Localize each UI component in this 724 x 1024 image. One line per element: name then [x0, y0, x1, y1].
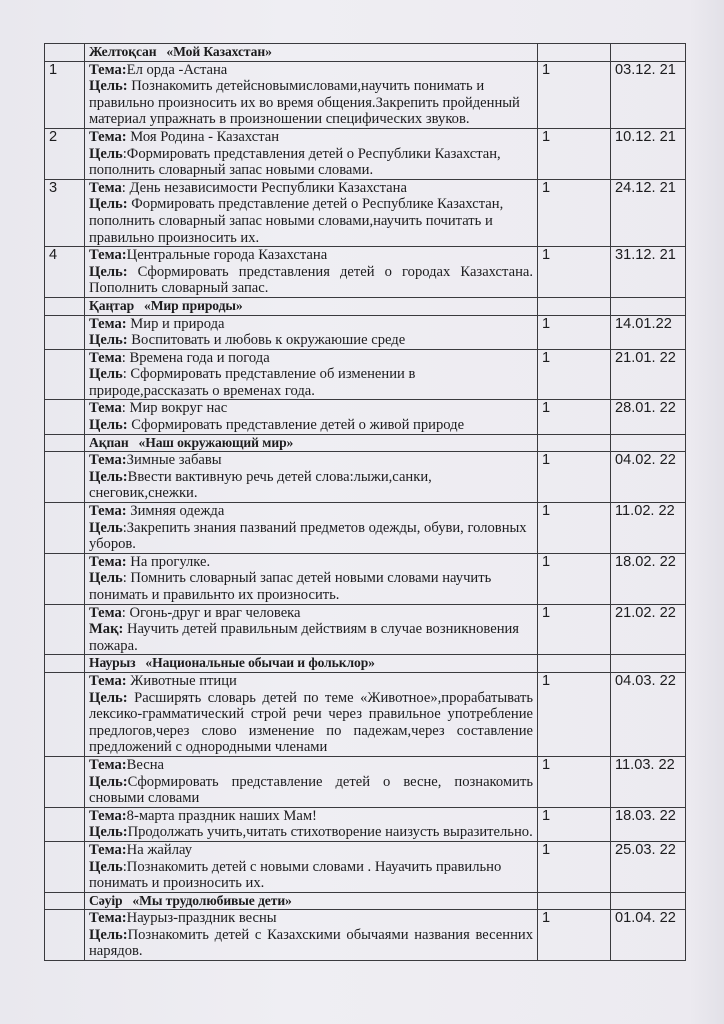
goal-label: Цель:	[89, 824, 128, 840]
section-date-cell	[611, 434, 686, 452]
section-num-cell	[45, 655, 85, 673]
goal-text: понимать и правильнто их произносить.	[89, 587, 339, 603]
section-month: Желтоқсан	[89, 44, 156, 59]
lesson-date: 10.12. 21	[611, 128, 686, 179]
lesson-hours: 1	[538, 910, 611, 961]
goal-text: предложений с однородными членами	[89, 739, 327, 755]
lesson-content: Тема: День независимости Республики Каза…	[85, 179, 538, 246]
lesson-topic-line: Тема:На жайлау	[89, 842, 533, 859]
lesson-topic-line: Тема: Моя Родина - Казахстан	[89, 129, 533, 146]
topic-text: Животные птици	[127, 673, 237, 689]
goal-text: :Познакомить детей с новыми словами . На…	[123, 859, 502, 875]
goal-label: Цель	[89, 859, 123, 875]
lesson-content: Тема: Огонь-друг и враг человекаМақ: Нау…	[85, 604, 538, 655]
lesson-row: Тема: Огонь-друг и враг человекаМақ: Нау…	[45, 604, 686, 655]
goal-text: снеговик,снежки.	[89, 485, 198, 501]
lesson-row: Тема: Зимняя одеждаЦель:Закрепить знания…	[45, 503, 686, 554]
section-num-cell	[45, 434, 85, 452]
lesson-topic-line: Тема:Центральные города Казахстана	[89, 247, 533, 264]
lesson-topic-line: Тема: Зимняя одежда	[89, 503, 533, 520]
topic-text: Зимняя одежда	[127, 503, 225, 519]
section-theme: «Национальные обычаи и фольклор»	[145, 655, 374, 670]
lesson-hours: 1	[538, 553, 611, 604]
goal-label: Цель:	[89, 927, 128, 943]
goal-text: Сформировать представление детей о живой…	[128, 417, 464, 433]
section-hours-cell	[538, 297, 611, 315]
lesson-goal: Цель:Продолжать учить,читать стихотворен…	[89, 824, 533, 840]
topic-label: Тема:	[89, 247, 127, 263]
goal-text: Сформировать представление детей о весне…	[128, 774, 533, 790]
lesson-topic-line: Тема:Весна	[89, 757, 533, 774]
section-title-cell: Сәуір «Мы трудолюбивые дети»	[85, 892, 538, 910]
lesson-row: Тема: Мир и природаЦель: Воспитовать и л…	[45, 315, 686, 349]
lesson-row: Тема:Зимные забавыЦель:Ввести вактивную …	[45, 452, 686, 503]
spacer	[134, 298, 144, 313]
topic-text: Ел орда -Астана	[127, 62, 228, 78]
goal-text: выразительно.	[443, 824, 533, 840]
lesson-row: Тема:8-марта праздник наших Мам!Цель:Про…	[45, 807, 686, 841]
lesson-date: 11.03. 22	[611, 756, 686, 807]
goal-label: Цель:	[89, 264, 128, 280]
topic-label: Тема:	[89, 129, 127, 145]
section-num-cell	[45, 44, 85, 62]
lesson-hours: 1	[538, 247, 611, 298]
goal-text: пожара.	[89, 638, 138, 654]
goal-label: Цель:	[89, 469, 128, 485]
goal-text: Продолжать учить,читать стихотворение на…	[128, 824, 440, 840]
goal-text: Пополнить словарный запас.	[89, 280, 268, 296]
topic-label: Тема:	[89, 910, 127, 926]
section-num-cell	[45, 892, 85, 910]
goal-text: :Формировать представления детей о Респу…	[123, 146, 501, 162]
lesson-goal: Цель: Формировать представление детей о …	[89, 196, 503, 245]
goal-text: Познакомить детей с Казахскими обычаями …	[128, 927, 533, 943]
lesson-date: 28.01. 22	[611, 400, 686, 434]
lesson-number	[45, 604, 85, 655]
goal-label: Цель:	[89, 417, 128, 433]
topic-text: На прогулке.	[127, 554, 211, 570]
lesson-number	[45, 910, 85, 961]
lesson-hours: 1	[538, 807, 611, 841]
lesson-goal: Цель: Помнить словарный запас детей новы…	[89, 570, 491, 603]
section-theme: «Мой Казахстан»	[166, 44, 271, 59]
topic-text: : Мир вокруг нас	[122, 400, 227, 416]
goal-label: Цель	[89, 366, 123, 382]
section-theme: «Мы трудолюбивые дети»	[132, 893, 291, 908]
section-title-cell: Наурыз «Национальные обычаи и фольклор»	[85, 655, 538, 673]
section-hours-cell	[538, 892, 611, 910]
lesson-topic-line: Тема: Огонь-друг и враг человека	[89, 605, 533, 622]
lesson-number: 1	[45, 61, 85, 128]
lesson-topic-line: Тема:Ел орда -Астана	[89, 62, 533, 79]
goal-text: Сформировать представления детей о город…	[128, 264, 533, 280]
goal-text: : Помнить словарный запас детей новыми с…	[123, 570, 492, 586]
topic-label: Тема:	[89, 842, 127, 858]
lesson-number: 3	[45, 179, 85, 246]
section-header-row: Сәуір «Мы трудолюбивые дети»	[45, 892, 686, 910]
lesson-number	[45, 841, 85, 892]
lesson-date: 21.02. 22	[611, 604, 686, 655]
section-title-cell: Ақпан «Наш окружающий мир»	[85, 434, 538, 452]
section-date-cell	[611, 297, 686, 315]
lesson-number	[45, 349, 85, 400]
lesson-goal: Цель:Закрепить знания пазваний предметов…	[89, 520, 527, 553]
lesson-row: Тема:На жайлауЦель:Познакомить детей с н…	[45, 841, 686, 892]
lesson-hours: 1	[538, 179, 611, 246]
lesson-row: 3Тема: День независимости Республики Каз…	[45, 179, 686, 246]
section-theme: «Мир природы»	[144, 298, 243, 313]
topic-text: Центральные города Казахстана	[127, 247, 328, 263]
lesson-hours: 1	[538, 400, 611, 434]
topic-text: Весна	[127, 757, 164, 773]
lesson-date: 14.01.22	[611, 315, 686, 349]
topic-label: Тема:	[89, 554, 127, 570]
lesson-goal: Цель: Сформировать представление об изме…	[89, 366, 415, 399]
goal-label: Мақ:	[89, 621, 123, 637]
goal-text: предлогов,через слово изменение по падеж…	[89, 723, 533, 739]
goal-label: Цель:	[89, 332, 128, 348]
scanned-page: Желтоқсан «Мой Казахстан»1Тема:Ел орда -…	[0, 0, 724, 1024]
section-month: Қаңтар	[89, 298, 134, 313]
lesson-number	[45, 400, 85, 434]
lesson-hours: 1	[538, 61, 611, 128]
lesson-goal: Цель: Познакомить детейсновымисловами,на…	[89, 78, 520, 127]
goal-text: правильно произносить их во время общени…	[89, 95, 520, 111]
topic-label: Тема:	[89, 673, 127, 689]
topic-text: : День независимости Республики Казахста…	[122, 180, 407, 196]
scan-edge-shadow	[688, 0, 724, 1024]
lesson-hours: 1	[538, 841, 611, 892]
goal-text: : Сформировать представление об изменени…	[123, 366, 416, 382]
goal-label: Цель:	[89, 690, 128, 706]
goal-text: Воспитовать и любовь к окружаюшие среде	[128, 332, 406, 348]
topic-text: : Огонь-друг и враг человека	[122, 605, 301, 621]
lesson-date: 01.04. 22	[611, 910, 686, 961]
lesson-row: 1Тема:Ел орда -АстанаЦель: Познакомить д…	[45, 61, 686, 128]
topic-label: Тема:	[89, 757, 127, 773]
lesson-goal: Цель:Сформировать представление детей о …	[89, 774, 533, 807]
lesson-content: Тема: Мир и природаЦель: Воспитовать и л…	[85, 315, 538, 349]
lesson-row: Тема: На прогулке.Цель: Помнить словарны…	[45, 553, 686, 604]
lesson-number	[45, 553, 85, 604]
lesson-topic-line: Тема:Наурыз-праздник весны	[89, 910, 533, 927]
spacer	[156, 44, 166, 59]
topic-label: Тема	[89, 180, 122, 196]
lesson-goal: Цель: Воспитовать и любовь к окружаюшие …	[89, 332, 405, 348]
lesson-topic-line: Тема: День независимости Республики Каза…	[89, 180, 533, 197]
lesson-date: 11.02. 22	[611, 503, 686, 554]
goal-label: Цель	[89, 520, 123, 536]
lesson-number	[45, 452, 85, 503]
section-num-cell	[45, 297, 85, 315]
section-month: Ақпан	[89, 435, 129, 450]
topic-text: Мир и природа	[127, 316, 225, 332]
section-hours-cell	[538, 44, 611, 62]
lesson-hours: 1	[538, 452, 611, 503]
lesson-goal: Мақ: Научить детей правильным действиям …	[89, 621, 519, 654]
lesson-topic-line: Тема: На прогулке.	[89, 554, 533, 571]
lesson-topic-line: Тема: Времена года и погода	[89, 350, 533, 367]
lesson-goal: Цель:Формировать представления детей о Р…	[89, 146, 501, 179]
lesson-topic-line: Тема:Зимные забавы	[89, 452, 533, 469]
lesson-row: 2Тема: Моя Родина - КазахстанЦель:Формир…	[45, 128, 686, 179]
section-hours-cell	[538, 434, 611, 452]
goal-text: пополнить словарный запас новыми словами…	[89, 213, 493, 229]
goal-text: сновыми словами	[89, 790, 199, 806]
lesson-content: Тема: Времена года и погодаЦель: Сформир…	[85, 349, 538, 400]
lesson-goal: Цель:Познакомить детей с Казахскими обыч…	[89, 927, 533, 960]
topic-label: Тема	[89, 350, 122, 366]
lesson-topic-line: Тема: Мир и природа	[89, 316, 533, 333]
lesson-date: 03.12. 21	[611, 61, 686, 128]
lesson-hours: 1	[538, 604, 611, 655]
goal-text: нарядов.	[89, 943, 143, 959]
lesson-date: 18.02. 22	[611, 553, 686, 604]
lesson-date: 31.12. 21	[611, 247, 686, 298]
spacer	[136, 655, 146, 670]
lesson-hours: 1	[538, 315, 611, 349]
lesson-content: Тема:ВеснаЦель:Сформировать представлени…	[85, 756, 538, 807]
goal-text: :Закрепить знания пазваний предметов оде…	[123, 520, 464, 536]
topic-label: Тема:	[89, 503, 127, 519]
lesson-date: 04.03. 22	[611, 672, 686, 756]
goal-text: понимать и произносить их.	[89, 875, 264, 891]
goal-text: Познакомить детейсновымисловами,научить …	[128, 78, 485, 94]
lesson-topic-line: Тема: Животные птици	[89, 673, 533, 690]
topic-text: Моя Родина - Казахстан	[127, 129, 279, 145]
topic-label: Тема:	[89, 808, 127, 824]
section-theme: «Наш окружающий мир»	[139, 435, 294, 450]
lesson-number	[45, 756, 85, 807]
lesson-hours: 1	[538, 128, 611, 179]
topic-text: Наурыз-праздник весны	[127, 910, 277, 926]
lesson-content: Тема: Моя Родина - КазахстанЦель:Формиро…	[85, 128, 538, 179]
goal-text: Расширять словарь детей по теме «Животно…	[128, 690, 533, 706]
lesson-hours: 1	[538, 349, 611, 400]
goal-text: Научить детей правильным действиям в слу…	[123, 621, 519, 637]
section-date-cell	[611, 892, 686, 910]
goal-label: Цель:	[89, 774, 128, 790]
goal-label: Цель	[89, 146, 123, 162]
lesson-number	[45, 807, 85, 841]
topic-label: Тема:	[89, 316, 127, 332]
lesson-goal: Цель: Сформировать представление детей о…	[89, 417, 464, 433]
topic-label: Тема	[89, 605, 122, 621]
section-month: Наурыз	[89, 655, 136, 670]
goal-text: природе,рассказать о временах года.	[89, 383, 315, 399]
goal-text: пополнить словарный запас новыми словами…	[89, 162, 373, 178]
section-title-cell: Қаңтар «Мир природы»	[85, 297, 538, 315]
section-hours-cell	[538, 655, 611, 673]
lesson-content: Тема: Зимняя одеждаЦель:Закрепить знания…	[85, 503, 538, 554]
lesson-hours: 1	[538, 756, 611, 807]
spacer	[123, 893, 133, 908]
section-date-cell	[611, 44, 686, 62]
lesson-date: 24.12. 21	[611, 179, 686, 246]
lesson-number: 4	[45, 247, 85, 298]
lesson-number	[45, 672, 85, 756]
lesson-row: Тема:Наурыз-праздник весныЦель:Познакоми…	[45, 910, 686, 961]
lesson-content: Тема:На жайлауЦель:Познакомить детей с н…	[85, 841, 538, 892]
lesson-number	[45, 315, 85, 349]
lesson-content: Тема:Центральные города КазахстанаЦель: …	[85, 247, 538, 298]
lesson-goal: Цель: Сформировать представления детей о…	[89, 264, 533, 297]
lesson-content: Тема: На прогулке.Цель: Помнить словарны…	[85, 553, 538, 604]
spacer	[129, 435, 139, 450]
lesson-goal: Цель:Ввести вактивную речь детей слова:л…	[89, 469, 432, 502]
lesson-row: Тема:ВеснаЦель:Сформировать представлени…	[45, 756, 686, 807]
lesson-goal: Цель: Расширять словарь детей по теме «Ж…	[89, 690, 533, 756]
section-header-row: Наурыз «Национальные обычаи и фольклор»	[45, 655, 686, 673]
topic-text: Зимные забавы	[127, 452, 222, 468]
topic-text: : Времена года и погода	[122, 350, 270, 366]
section-title-cell: Желтоқсан «Мой Казахстан»	[85, 44, 538, 62]
lesson-content: Тема:8-марта праздник наших Мам!Цель:Про…	[85, 807, 538, 841]
lesson-date: 18.03. 22	[611, 807, 686, 841]
goal-label: Цель:	[89, 78, 128, 94]
goal-text: материал упражнать в произношении специф…	[89, 111, 470, 127]
goal-label: Цель	[89, 570, 123, 586]
goal-text: лексико-грамматический строй речи через …	[89, 706, 533, 722]
lesson-date: 04.02. 22	[611, 452, 686, 503]
lesson-content: Тема:Зимные забавыЦель:Ввести вактивную …	[85, 452, 538, 503]
topic-text: 8-марта праздник наших Мам!	[127, 808, 317, 824]
section-month: Сәуір	[89, 893, 123, 908]
lesson-hours: 1	[538, 503, 611, 554]
topic-text: На жайлау	[127, 842, 192, 858]
lesson-goal: Цель:Познакомить детей с новыми словами …	[89, 859, 501, 892]
goal-text: правильно произносить их.	[89, 230, 259, 246]
lesson-row: Тема: Времена года и погодаЦель: Сформир…	[45, 349, 686, 400]
lesson-content: Тема:Ел орда -АстанаЦель: Познакомить де…	[85, 61, 538, 128]
lesson-row: Тема: Мир вокруг насЦель: Сформировать п…	[45, 400, 686, 434]
lesson-plan-table: Желтоқсан «Мой Казахстан»1Тема:Ел орда -…	[44, 43, 686, 961]
lesson-content: Тема: Животные птициЦель: Расширять слов…	[85, 672, 538, 756]
topic-label: Тема	[89, 400, 122, 416]
section-header-row: Ақпан «Наш окружающий мир»	[45, 434, 686, 452]
lesson-row: 4Тема:Центральные города КазахстанаЦель:…	[45, 247, 686, 298]
topic-label: Тема:	[89, 62, 127, 78]
goal-text: Ввести вактивную речь детей слова:лыжи,с…	[128, 469, 432, 485]
lesson-topic-line: Тема: Мир вокруг нас	[89, 400, 533, 417]
section-header-row: Желтоқсан «Мой Казахстан»	[45, 44, 686, 62]
lesson-row: Тема: Животные птициЦель: Расширять слов…	[45, 672, 686, 756]
lesson-number: 2	[45, 128, 85, 179]
lesson-plan-body: Желтоқсан «Мой Казахстан»1Тема:Ел орда -…	[45, 44, 686, 961]
topic-label: Тема:	[89, 452, 127, 468]
lesson-content: Тема:Наурыз-праздник весныЦель:Познакоми…	[85, 910, 538, 961]
lesson-date: 25.03. 22	[611, 841, 686, 892]
lesson-content: Тема: Мир вокруг насЦель: Сформировать п…	[85, 400, 538, 434]
section-header-row: Қаңтар «Мир природы»	[45, 297, 686, 315]
section-date-cell	[611, 655, 686, 673]
lesson-date: 21.01. 22	[611, 349, 686, 400]
lesson-number	[45, 503, 85, 554]
goal-text: Формировать представление детей о Респуб…	[128, 196, 504, 212]
goal-label: Цель:	[89, 196, 128, 212]
lesson-hours: 1	[538, 672, 611, 756]
lesson-topic-line: Тема:8-марта праздник наших Мам!	[89, 808, 533, 825]
